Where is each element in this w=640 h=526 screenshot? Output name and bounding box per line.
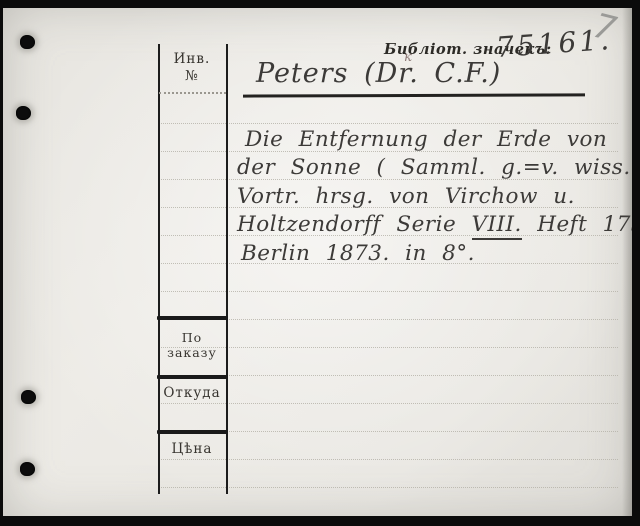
entry-line: Die Entfernung der Erde von	[237, 126, 632, 154]
scan-border-right	[632, 0, 640, 526]
scanned-catalog-card: Инв. № По заказу Откуда Цѣна Библіот. зн…	[0, 0, 640, 526]
scan-border-left	[0, 0, 3, 526]
entry-line: Berlin 1873. in 8°.	[237, 240, 632, 268]
punch-hole	[21, 390, 36, 404]
entry-line: Vortr. hrsg. von Virchow u.	[237, 183, 632, 211]
inventory-label: Инв.	[157, 51, 227, 67]
order-label: По заказу	[157, 330, 227, 360]
column-divider	[157, 430, 228, 434]
author-heading: Peters (Dr. C.F.)	[256, 58, 501, 89]
column-divider	[157, 316, 228, 320]
origin-label: Откуда	[157, 385, 227, 401]
column-divider	[157, 375, 228, 379]
entry-line: der Sonne ( Samml. g.=v. wiss.	[237, 154, 632, 182]
inventory-number-sign: №	[157, 68, 227, 84]
column-right-rule	[226, 44, 228, 494]
card-edge-shadow	[622, 8, 632, 516]
entry-line: Holtzendorff Serie VIII. Heft 173)	[237, 211, 632, 239]
column-dotted-rule	[159, 92, 226, 94]
punch-hole	[16, 106, 31, 120]
punch-hole	[20, 462, 35, 476]
scan-border-top	[0, 0, 640, 8]
entry-line4-roman-numeral: VIII.	[472, 212, 522, 240]
price-label: Цѣна	[157, 441, 227, 457]
scan-border-bottom	[0, 516, 640, 526]
entry-line4-pre: Holtzendorff Serie	[237, 212, 472, 237]
punch-hole	[20, 35, 35, 49]
column-left-rule	[158, 44, 160, 494]
bibliographic-entry: Die Entfernung der Erde von der Sonne ( …	[237, 126, 632, 268]
